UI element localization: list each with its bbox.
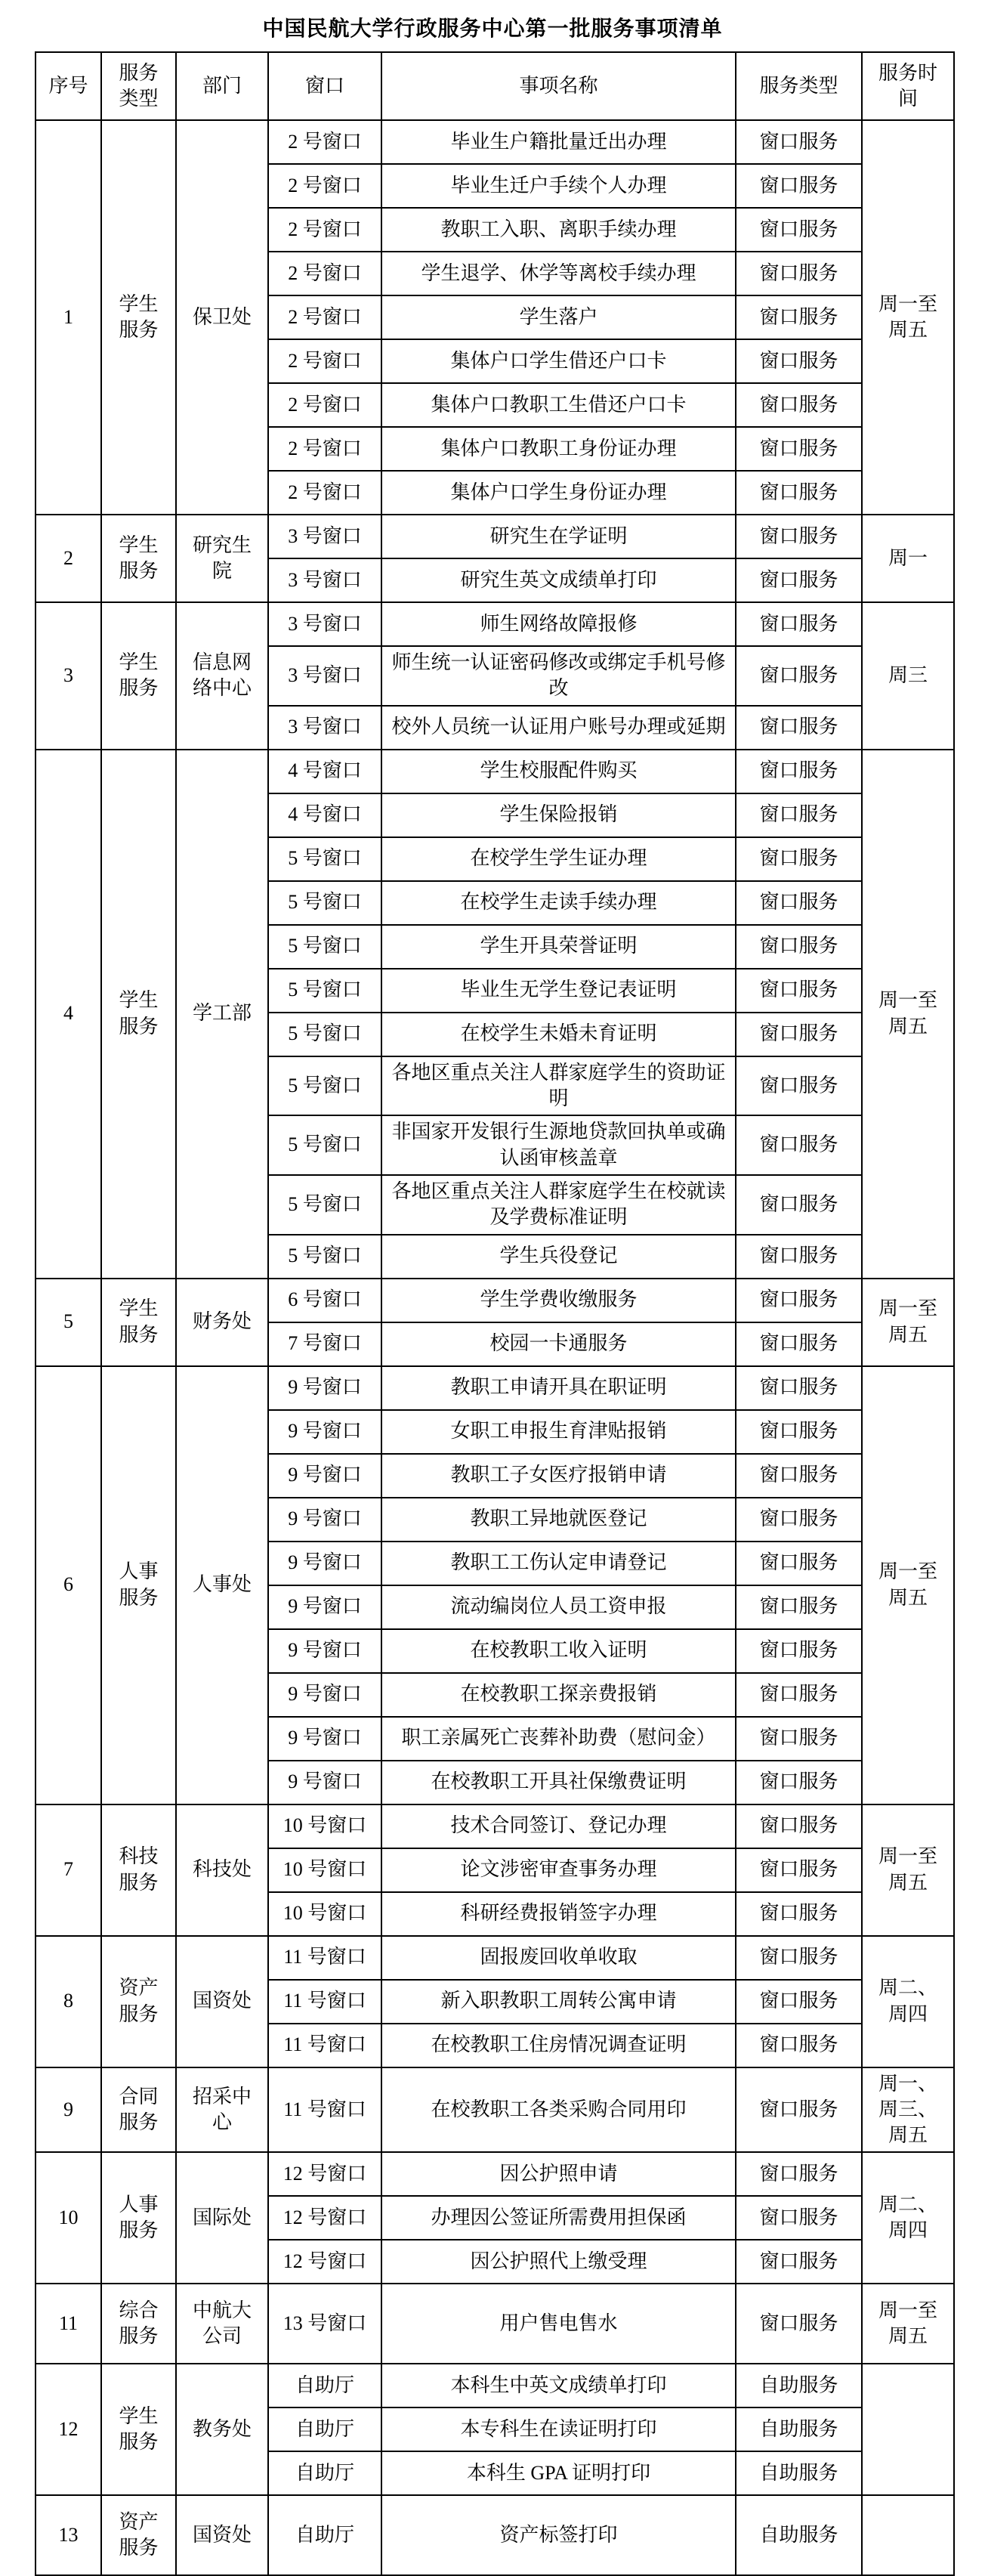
header-window: 窗口 [268,52,381,120]
window-cell: 9 号窗口 [268,1454,381,1498]
window-cell: 11 号窗口 [268,2024,381,2067]
service-time-cell: 周二、周四 [862,1936,954,2067]
item-name-cell: 教职工子女医疗报销申请 [381,1454,736,1498]
service-type-cell: 学生服务 [101,602,176,750]
page-title: 中国民航大学行政服务中心第一批服务事项清单 [0,0,985,51]
department-cell: 信息网络中心 [176,602,268,750]
table-row: 5学生服务财务处6 号窗口学生学费收缴服务窗口服务周一至周五 [36,1279,954,1322]
service-mode-cell: 窗口服务 [736,1366,862,1410]
item-name-cell: 流动编岗位人员工资申报 [381,1585,736,1629]
item-name-cell: 学生校服配件购买 [381,750,736,793]
window-cell: 6 号窗口 [268,1279,381,1322]
service-time-cell: 周一至周五 [862,1804,954,1936]
service-mode-cell: 窗口服务 [736,646,862,706]
service-mode-cell: 窗口服务 [736,1673,862,1717]
service-mode-cell: 窗口服务 [736,1892,862,1936]
service-time-cell [862,2495,954,2575]
seq-cell: 10 [36,2152,101,2284]
service-mode-cell: 窗口服务 [736,120,862,164]
window-cell: 3 号窗口 [268,558,381,602]
seq-cell: 11 [36,2284,101,2364]
service-mode-cell: 窗口服务 [736,164,862,208]
window-cell: 10 号窗口 [268,1848,381,1892]
seq-cell: 8 [36,1936,101,2067]
window-cell: 11 号窗口 [268,2067,381,2153]
service-mode-cell: 自助服务 [736,2407,862,2451]
window-cell: 自助厅 [268,2495,381,2575]
item-name-cell: 教职工入职、离职手续办理 [381,208,736,252]
window-cell: 9 号窗口 [268,1761,381,1804]
item-name-cell: 各地区重点关注人群家庭学生的资助证明 [381,1056,736,1116]
item-name-cell: 在校学生未婚未育证明 [381,1013,736,1056]
service-mode-cell: 窗口服务 [736,1410,862,1454]
window-cell: 自助厅 [268,2364,381,2407]
service-type-cell: 资产服务 [101,2495,176,2575]
window-cell: 10 号窗口 [268,1892,381,1936]
service-type-cell: 合同服务 [101,2067,176,2153]
service-mode-cell: 窗口服务 [736,1056,862,1116]
item-name-cell: 教职工异地就医登记 [381,1498,736,1542]
seq-cell: 2 [36,515,101,602]
item-name-cell: 集体户口学生借还户口卡 [381,339,736,383]
service-mode-cell: 窗口服务 [736,925,862,969]
seq-cell: 5 [36,1279,101,1366]
window-cell: 9 号窗口 [268,1498,381,1542]
item-name-cell: 集体户口学生身份证办理 [381,471,736,515]
service-mode-cell: 窗口服务 [736,1279,862,1322]
seq-cell: 4 [36,750,101,1279]
department-cell: 科技处 [176,1804,268,1936]
item-name-cell: 教职工申请开具在职证明 [381,1366,736,1410]
department-cell: 国际处 [176,2152,268,2284]
window-cell: 9 号窗口 [268,1410,381,1454]
window-cell: 10 号窗口 [268,1804,381,1848]
service-type-cell: 学生服务 [101,120,176,515]
department-cell: 保卫处 [176,120,268,515]
window-cell: 9 号窗口 [268,1585,381,1629]
window-cell: 5 号窗口 [268,969,381,1013]
window-cell: 3 号窗口 [268,646,381,706]
window-cell: 9 号窗口 [268,1629,381,1673]
service-mode-cell: 窗口服务 [736,2067,862,2153]
header-service-time: 服务时间 [862,52,954,120]
service-mode-cell: 窗口服务 [736,969,862,1013]
service-mode-cell: 窗口服务 [736,252,862,295]
department-cell: 国资处 [176,2495,268,2575]
service-type-cell: 学生服务 [101,750,176,1279]
item-name-cell: 在校教职工住房情况调查证明 [381,2024,736,2067]
item-name-cell: 技术合同签订、登记办理 [381,1804,736,1848]
department-cell: 教务处 [176,2364,268,2495]
item-name-cell: 非国家开发银行生源地贷款回执单或确认函审核盖章 [381,1115,736,1175]
item-name-cell: 在校学生学生证办理 [381,837,736,881]
service-mode-cell: 窗口服务 [736,1115,862,1175]
table-row: 6人事服务人事处9 号窗口教职工申请开具在职证明窗口服务周一至周五 [36,1366,954,1410]
window-cell: 5 号窗口 [268,1056,381,1116]
service-time-cell: 周一至周五 [862,2284,954,2364]
department-cell: 国资处 [176,1936,268,2067]
window-cell: 2 号窗口 [268,252,381,295]
service-mode-cell: 窗口服务 [736,1175,862,1235]
service-type-cell: 学生服务 [101,2364,176,2495]
window-cell: 5 号窗口 [268,1115,381,1175]
item-name-cell: 集体户口教职工身份证办理 [381,427,736,471]
department-cell: 财务处 [176,1279,268,1366]
item-name-cell: 在校学生走读手续办理 [381,881,736,925]
table-row: 3学生服务信息网络中心3 号窗口师生网络故障报修窗口服务周三 [36,602,954,646]
table-row: 7科技服务科技处10 号窗口技术合同签订、登记办理窗口服务周一至周五 [36,1804,954,1848]
table-row: 10人事服务国际处12 号窗口因公护照申请窗口服务周二、周四 [36,2152,954,2196]
item-name-cell: 资产标签打印 [381,2495,736,2575]
service-mode-cell: 窗口服务 [736,1542,862,1585]
window-cell: 5 号窗口 [268,1013,381,1056]
window-cell: 9 号窗口 [268,1717,381,1761]
service-mode-cell: 窗口服务 [736,515,862,558]
department-cell: 人事处 [176,1366,268,1804]
item-name-cell: 本专科生在读证明打印 [381,2407,736,2451]
service-time-cell: 周一至周五 [862,750,954,1279]
item-name-cell: 学生落户 [381,295,736,339]
window-cell: 11 号窗口 [268,1980,381,2024]
service-type-cell: 人事服务 [101,2152,176,2284]
service-mode-cell: 自助服务 [736,2451,862,2495]
service-type-cell: 资产服务 [101,1936,176,2067]
item-name-cell: 因公护照代上缴受理 [381,2240,736,2284]
table-row: 12学生服务教务处自助厅本科生中英文成绩单打印自助服务 [36,2364,954,2407]
seq-cell: 7 [36,1804,101,1936]
seq-cell: 3 [36,602,101,750]
service-mode-cell: 窗口服务 [736,1013,862,1056]
window-cell: 2 号窗口 [268,164,381,208]
item-name-cell: 毕业生户籍批量迁出办理 [381,120,736,164]
item-name-cell: 因公护照申请 [381,2152,736,2196]
service-mode-cell: 窗口服务 [736,1761,862,1804]
window-cell: 12 号窗口 [268,2240,381,2284]
item-name-cell: 职工亲属死亡丧葬补助费（慰问金） [381,1717,736,1761]
service-mode-cell: 窗口服务 [736,1498,862,1542]
item-name-cell: 用户售电售水 [381,2284,736,2364]
seq-cell: 12 [36,2364,101,2495]
item-name-cell: 毕业生无学生登记表证明 [381,969,736,1013]
department-cell: 研究生院 [176,515,268,602]
item-name-cell: 研究生在学证明 [381,515,736,558]
item-name-cell: 在校教职工开具社保缴费证明 [381,1761,736,1804]
header-department: 部门 [176,52,268,120]
item-name-cell: 论文涉密审查事务办理 [381,1848,736,1892]
item-name-cell: 师生网络故障报修 [381,602,736,646]
item-name-cell: 学生开具荣誉证明 [381,925,736,969]
seq-cell: 1 [36,120,101,515]
item-name-cell: 毕业生迁户手续个人办理 [381,164,736,208]
header-item-name: 事项名称 [381,52,736,120]
item-name-cell: 教职工工伤认定申请登记 [381,1542,736,1585]
item-name-cell: 各地区重点关注人群家庭学生在校就读及学费标准证明 [381,1175,736,1235]
service-mode-cell: 窗口服务 [736,208,862,252]
service-mode-cell: 窗口服务 [736,881,862,925]
service-mode-cell: 窗口服务 [736,339,862,383]
table-row: 9合同服务招采中心11 号窗口在校教职工各类采购合同用印窗口服务周一、周三、周五 [36,2067,954,2153]
service-mode-cell: 窗口服务 [736,1717,862,1761]
header-service-type: 服务类型 [101,52,176,120]
window-cell: 5 号窗口 [268,837,381,881]
service-time-cell: 周一至周五 [862,120,954,515]
window-cell: 12 号窗口 [268,2196,381,2240]
item-name-cell: 女职工申报生育津贴报销 [381,1410,736,1454]
window-cell: 2 号窗口 [268,471,381,515]
window-cell: 2 号窗口 [268,383,381,427]
service-mode-cell: 窗口服务 [736,1585,862,1629]
header-row: 序号 服务类型 部门 窗口 事项名称 服务类型 服务时间 [36,52,954,120]
window-cell: 7 号窗口 [268,1322,381,1366]
window-cell: 3 号窗口 [268,706,381,750]
window-cell: 12 号窗口 [268,2152,381,2196]
service-mode-cell: 窗口服务 [736,1848,862,1892]
window-cell: 9 号窗口 [268,1673,381,1717]
item-name-cell: 在校教职工收入证明 [381,1629,736,1673]
window-cell: 自助厅 [268,2451,381,2495]
service-mode-cell: 窗口服务 [736,837,862,881]
item-name-cell: 研究生英文成绩单打印 [381,558,736,602]
window-cell: 2 号窗口 [268,427,381,471]
item-name-cell: 在校教职工各类采购合同用印 [381,2067,736,2153]
window-cell: 2 号窗口 [268,120,381,164]
header-seq: 序号 [36,52,101,120]
service-type-cell: 学生服务 [101,515,176,602]
service-mode-cell: 窗口服务 [736,2024,862,2067]
service-type-cell: 学生服务 [101,1279,176,1366]
window-cell: 5 号窗口 [268,925,381,969]
window-cell: 4 号窗口 [268,750,381,793]
window-cell: 自助厅 [268,2407,381,2451]
department-cell: 学工部 [176,750,268,1279]
item-name-cell: 集体户口教职工生借还户口卡 [381,383,736,427]
service-mode-cell: 窗口服务 [736,558,862,602]
window-cell: 11 号窗口 [268,1936,381,1980]
service-type-cell: 人事服务 [101,1366,176,1804]
service-mode-cell: 窗口服务 [736,1629,862,1673]
table-row: 13资产服务国资处自助厅资产标签打印自助服务 [36,2495,954,2575]
service-mode-cell: 窗口服务 [736,706,862,750]
item-name-cell: 办理因公签证所需费用担保函 [381,2196,736,2240]
item-name-cell: 新入职教职工周转公寓申请 [381,1980,736,2024]
service-mode-cell: 窗口服务 [736,1804,862,1848]
item-name-cell: 固报废回收单收取 [381,1936,736,1980]
window-cell: 2 号窗口 [268,295,381,339]
service-time-cell: 周二、周四 [862,2152,954,2284]
service-mode-cell: 窗口服务 [736,750,862,793]
service-mode-cell: 窗口服务 [736,1980,862,2024]
window-cell: 4 号窗口 [268,793,381,837]
item-name-cell: 在校教职工探亲费报销 [381,1673,736,1717]
window-cell: 5 号窗口 [268,881,381,925]
item-name-cell: 学生退学、休学等离校手续办理 [381,252,736,295]
seq-cell: 13 [36,2495,101,2575]
service-mode-cell: 自助服务 [736,2495,862,2575]
item-name-cell: 学生保险报销 [381,793,736,837]
seq-cell: 6 [36,1366,101,1804]
service-mode-cell: 窗口服务 [736,295,862,339]
service-time-cell [862,2364,954,2495]
window-cell: 2 号窗口 [268,208,381,252]
item-name-cell: 校园一卡通服务 [381,1322,736,1366]
service-time-cell: 周一至周五 [862,1279,954,1366]
item-name-cell: 科研经费报销签字办理 [381,1892,736,1936]
table-row: 11综合服务中航大公司13 号窗口用户售电售水窗口服务周一至周五 [36,2284,954,2364]
header-service-mode: 服务类型 [736,52,862,120]
window-cell: 13 号窗口 [268,2284,381,2364]
service-mode-cell: 窗口服务 [736,793,862,837]
window-cell: 5 号窗口 [268,1235,381,1279]
table-row: 2学生服务研究生院3 号窗口研究生在学证明窗口服务周一 [36,515,954,558]
service-mode-cell: 窗口服务 [736,2284,862,2364]
window-cell: 5 号窗口 [268,1175,381,1235]
table-row: 1学生服务保卫处2 号窗口毕业生户籍批量迁出办理窗口服务周一至周五 [36,120,954,164]
service-mode-cell: 窗口服务 [736,1936,862,1980]
service-type-cell: 综合服务 [101,2284,176,2364]
service-mode-cell: 窗口服务 [736,383,862,427]
table-row: 8资产服务国资处11 号窗口固报废回收单收取窗口服务周二、周四 [36,1936,954,1980]
service-time-cell: 周一、周三、周五 [862,2067,954,2153]
service-mode-cell: 窗口服务 [736,1454,862,1498]
service-mode-cell: 窗口服务 [736,427,862,471]
service-mode-cell: 窗口服务 [736,602,862,646]
service-mode-cell: 窗口服务 [736,2152,862,2196]
window-cell: 3 号窗口 [268,602,381,646]
window-cell: 9 号窗口 [268,1542,381,1585]
item-name-cell: 本科生 GPA 证明打印 [381,2451,736,2495]
table-body: 1学生服务保卫处2 号窗口毕业生户籍批量迁出办理窗口服务周一至周五2 号窗口毕业… [36,120,954,2575]
item-name-cell: 学生兵役登记 [381,1235,736,1279]
service-time-cell: 周一至周五 [862,1366,954,1804]
department-cell: 招采中心 [176,2067,268,2153]
window-cell: 2 号窗口 [268,339,381,383]
item-name-cell: 校外人员统一认证用户账号办理或延期 [381,706,736,750]
service-mode-cell: 窗口服务 [736,1322,862,1366]
service-type-cell: 科技服务 [101,1804,176,1936]
service-mode-cell: 窗口服务 [736,471,862,515]
service-mode-cell: 自助服务 [736,2364,862,2407]
department-cell: 中航大公司 [176,2284,268,2364]
window-cell: 3 号窗口 [268,515,381,558]
window-cell: 9 号窗口 [268,1366,381,1410]
service-time-cell: 周三 [862,602,954,750]
service-mode-cell: 窗口服务 [736,2240,862,2284]
service-mode-cell: 窗口服务 [736,1235,862,1279]
service-mode-cell: 窗口服务 [736,2196,862,2240]
seq-cell: 9 [36,2067,101,2153]
item-name-cell: 本科生中英文成绩单打印 [381,2364,736,2407]
service-items-table: 序号 服务类型 部门 窗口 事项名称 服务类型 服务时间 1学生服务保卫处2 号… [35,51,955,2576]
service-time-cell: 周一 [862,515,954,602]
item-name-cell: 学生学费收缴服务 [381,1279,736,1322]
table-row: 4学生服务学工部4 号窗口学生校服配件购买窗口服务周一至周五 [36,750,954,793]
item-name-cell: 师生统一认证密码修改或绑定手机号修改 [381,646,736,706]
